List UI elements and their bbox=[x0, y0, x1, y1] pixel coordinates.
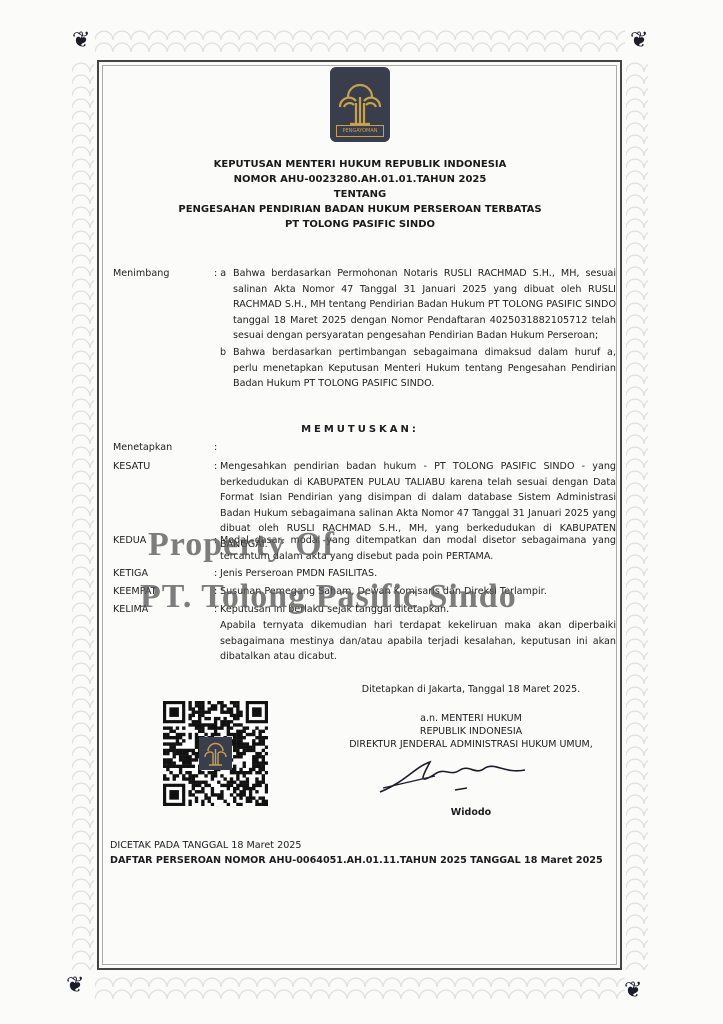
corner-ornament-icon: ❦ bbox=[72, 30, 90, 52]
pengayoman-tree-icon bbox=[330, 67, 390, 129]
signatory-line-1: a.n. MENTERI HUKUM bbox=[340, 712, 602, 725]
corner-ornament-icon: ❦ bbox=[624, 980, 642, 1002]
border-pattern-left bbox=[72, 60, 94, 970]
memutuskan-heading: MEMUTUSKAN: bbox=[200, 424, 520, 435]
qr-code[interactable] bbox=[163, 701, 268, 806]
kelima-text-2: Apabila ternyata dikemudian hari terdapa… bbox=[220, 618, 616, 665]
document-number: NOMOR AHU-0023280.AH.01.01.TAHUN 2025 bbox=[150, 173, 570, 187]
document-title-line-1: KEPUTUSAN MENTERI HUKUM REPUBLIK INDONES… bbox=[150, 158, 570, 172]
menetapkan-label: Menetapkan bbox=[113, 440, 172, 456]
border-pattern-right bbox=[626, 60, 648, 970]
menimbang-marker-a: : a bbox=[214, 266, 226, 282]
watermark-line-1: Property Of bbox=[148, 526, 335, 564]
logo-caption: PENGAYOMAN bbox=[336, 125, 384, 137]
place-date: Ditetapkan di Jakarta, Tanggal 18 Maret … bbox=[340, 683, 602, 696]
company-name: PT TOLONG PASIFIC SINDO bbox=[150, 218, 570, 232]
signatory-line-2: REPUBLIK INDONESIA bbox=[340, 725, 602, 738]
corner-ornament-icon: ❦ bbox=[630, 30, 648, 52]
kedua-label: KEDUA bbox=[113, 533, 146, 549]
kesatu-label: KESATU bbox=[113, 459, 150, 475]
menimbang-item-b: Bahwa berdasarkan pertimbangan sebagaima… bbox=[233, 345, 616, 392]
document-subject: PENGESAHAN PENDIRIAN BADAN HUKUM PERSERO… bbox=[150, 203, 570, 217]
menimbang-marker-b: b bbox=[220, 345, 226, 361]
menetapkan-colon: : bbox=[214, 440, 217, 456]
watermark-line-2: PT. Tolong Pasific Sindo bbox=[140, 578, 517, 616]
signatory-name: Widodo bbox=[340, 806, 602, 819]
signature-scribble-icon bbox=[375, 752, 535, 797]
menimbang-item-a: Bahwa berdasarkan Permohonan Notaris RUS… bbox=[233, 266, 616, 344]
signatory-line-3: DIREKTUR JENDERAL ADMINISTRASI HUKUM UMU… bbox=[340, 738, 602, 751]
corner-ornament-icon: ❦ bbox=[66, 975, 84, 997]
register-number: DAFTAR PERSEROAN NOMOR AHU-0064051.AH.01… bbox=[110, 855, 603, 866]
border-pattern-top bbox=[95, 28, 625, 54]
pengayoman-logo: PENGAYOMAN bbox=[330, 67, 390, 142]
qr-pattern-icon bbox=[163, 701, 268, 806]
printed-date: DICETAK PADA TANGGAL 18 Maret 2025 bbox=[110, 840, 302, 851]
border-pattern-bottom bbox=[95, 975, 625, 1001]
document-title-tentang: TENTANG bbox=[150, 188, 570, 202]
colon: : bbox=[214, 459, 217, 475]
menimbang-label: Menimbang bbox=[113, 266, 169, 282]
